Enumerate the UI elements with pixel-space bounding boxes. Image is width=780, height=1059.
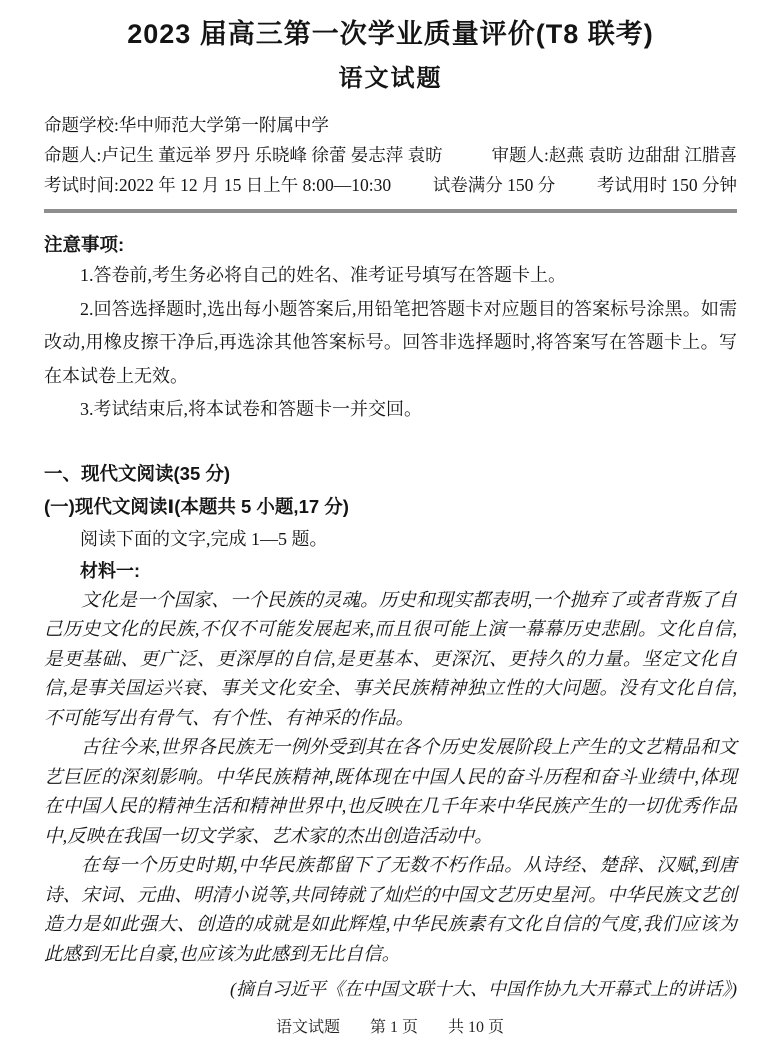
notice-item-2: 2.回答选择题时,选出每小题答案后,用铅笔把答题卡对应题目的答案标号涂黑。如需改… (44, 293, 737, 394)
subsection-heading: (一)现代文阅读Ⅰ(本题共 5 小题,17 分) (44, 490, 737, 523)
footer-total-pages: 共 10 页 (448, 1019, 504, 1036)
info-exam-time: 考试时间:2022 年 12 月 15 日上午 8:00—10:30 (44, 170, 391, 200)
notice-item-1: 1.答卷前,考生务必将自己的姓名、准考证号填写在答题卡上。 (44, 259, 737, 293)
section-heading: 一、现代文阅读(35 分) (44, 457, 737, 490)
exam-info-block: 命题学校:华中师范大学第一附属中学 命题人:卢记生 董远举 罗丹 乐晓峰 徐蕾 … (44, 110, 737, 200)
info-duration: 考试用时 150 分钟 (597, 170, 737, 200)
info-line-personnel: 命题人:卢记生 董远举 罗丹 乐晓峰 徐蕾 晏志萍 袁昉 审题人:赵燕 袁昉 边… (44, 140, 737, 170)
body-paragraph-1: 文化是一个国家、一个民族的灵魂。历史和现实都表明,一个抛弃了或者背叛了自己历史文… (44, 587, 737, 735)
info-line-schedule: 考试时间:2022 年 12 月 15 日上午 8:00—10:30 试卷满分 … (44, 170, 737, 200)
info-setters: 命题人:卢记生 董远举 罗丹 乐晓峰 徐蕾 晏志萍 袁昉 (44, 140, 443, 170)
footer-doc-label: 语文试题 (276, 1019, 340, 1036)
body-paragraph-2: 古往今来,世界各民族无一例外受到其在各个历史发展阶段上产生的文艺精品和文艺巨匠的… (44, 734, 737, 852)
paper-subject-title: 语文试题 (44, 64, 737, 94)
footer-page-number: 第 1 页 (370, 1019, 418, 1036)
reading-instruction: 阅读下面的文字,完成 1—5 题。 (44, 523, 737, 555)
notice-heading: 注意事项: (44, 231, 737, 259)
info-full-score: 试卷满分 150 分 (433, 170, 556, 200)
header-divider (44, 209, 737, 213)
notice-item-3: 3.考试结束后,将本试卷和答题卡一并交回。 (44, 393, 737, 427)
page-content: 2023 届高三第一次学业质量评价(T8 联考) 语文试题 命题学校:华中师范大… (0, 0, 780, 1004)
page-footer: 语文试题 第 1 页 共 10 页 (0, 1014, 780, 1037)
info-reviewers: 审题人:赵燕 袁昉 边甜甜 江腊喜 (492, 140, 738, 170)
info-school: 命题学校:华中师范大学第一附属中学 (44, 110, 329, 140)
source-attribution: (摘自习近平《在中国文联十大、中国作协九大开幕式上的讲话》) (44, 974, 737, 1004)
material-label: 材料一: (44, 555, 737, 587)
exam-title: 2023 届高三第一次学业质量评价(T8 联考) (44, 16, 737, 52)
body-paragraph-3: 在每一个历史时期,中华民族都留下了无数不朽作品。从诗经、楚辞、汉赋,到唐诗、宋词… (44, 852, 737, 970)
exam-paper-page: 2023 届高三第一次学业质量评价(T8 联考) 语文试题 命题学校:华中师范大… (0, 0, 780, 1059)
info-line-school: 命题学校:华中师范大学第一附属中学 (44, 110, 737, 140)
